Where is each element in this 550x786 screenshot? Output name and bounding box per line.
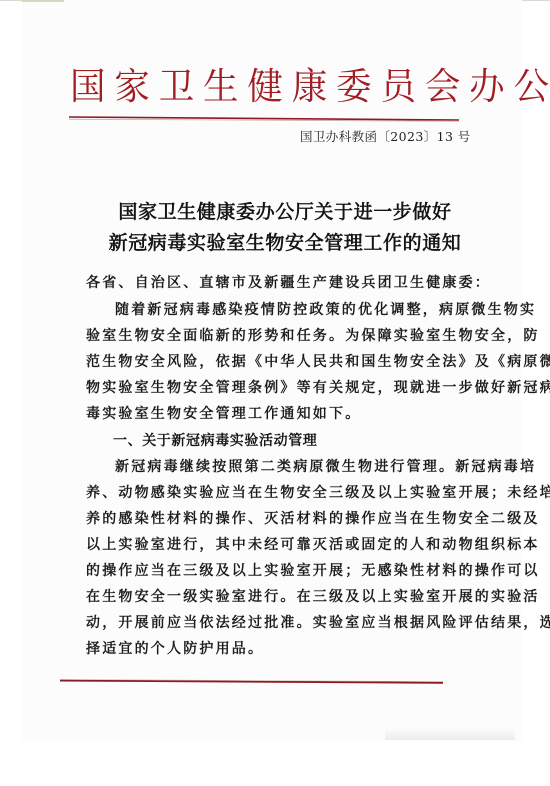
masthead-title: 国家卫生健康委员会办公厅	[70, 62, 473, 112]
footer-red-rule	[60, 679, 443, 684]
intro-line: 物实验室生物安全管理条例》等有关规定，现就进一步做好新冠病	[86, 378, 486, 398]
section-1-line: 养的感染性材料的操作、灭活材料的操作应当在生物安全二级及	[86, 509, 486, 529]
scan-tab-mark	[22, 0, 64, 2]
intro-line: 范生物安全风险，依据《中华人民共和国生物安全法》及《病原微生	[86, 352, 486, 372]
document-number: 国卫办科教函〔2023〕13 号	[300, 127, 471, 145]
intro-line: 随着新冠病毒感染疫情防控政策的优化调整，病原微生物实	[115, 300, 515, 320]
section-1-line: 动，开展前应当依法经过批准。实验室应当根据风险评估结果，选	[86, 613, 486, 633]
section-1-line: 在生物安全一级实验室进行。在三级及以上实验室开展的实验活	[86, 587, 486, 607]
section-1-line: 以上实验室进行，其中未经可靠灭活或固定的人和动物组织标本	[86, 535, 486, 555]
section-1-line: 新冠病毒继续按照第二类病原微生物进行管理。新冠病毒培	[115, 457, 515, 477]
scan-edge-shadow	[385, 728, 515, 740]
section-1-line: 养、动物感染实验应当在生物安全三级及以上实验室开展；未经培	[86, 483, 486, 503]
document-title-line-1: 国家卫生健康委办公厅关于进一步做好	[60, 197, 510, 224]
masthead-red-rule	[69, 116, 457, 120]
intro-line: 毒实验室生物安全管理工作通知如下。	[86, 404, 486, 424]
intro-line: 验室生物安全面临新的形势和任务。为保障实验室生物安全，防	[86, 326, 486, 346]
section-1-line: 择适宜的个人防护用品。	[86, 639, 486, 659]
section-heading-1: 一、关于新冠病毒实验活动管理	[113, 430, 317, 450]
document-title-line-2: 新冠病毒实验室生物安全管理工作的通知	[60, 228, 510, 255]
section-1-line: 的操作应当在三级及以上实验室开展；无感染性材料的操作可以	[86, 561, 486, 581]
salutation: 各省、自治区、直辖市及新疆生产建设兵团卫生健康委：	[86, 273, 486, 293]
